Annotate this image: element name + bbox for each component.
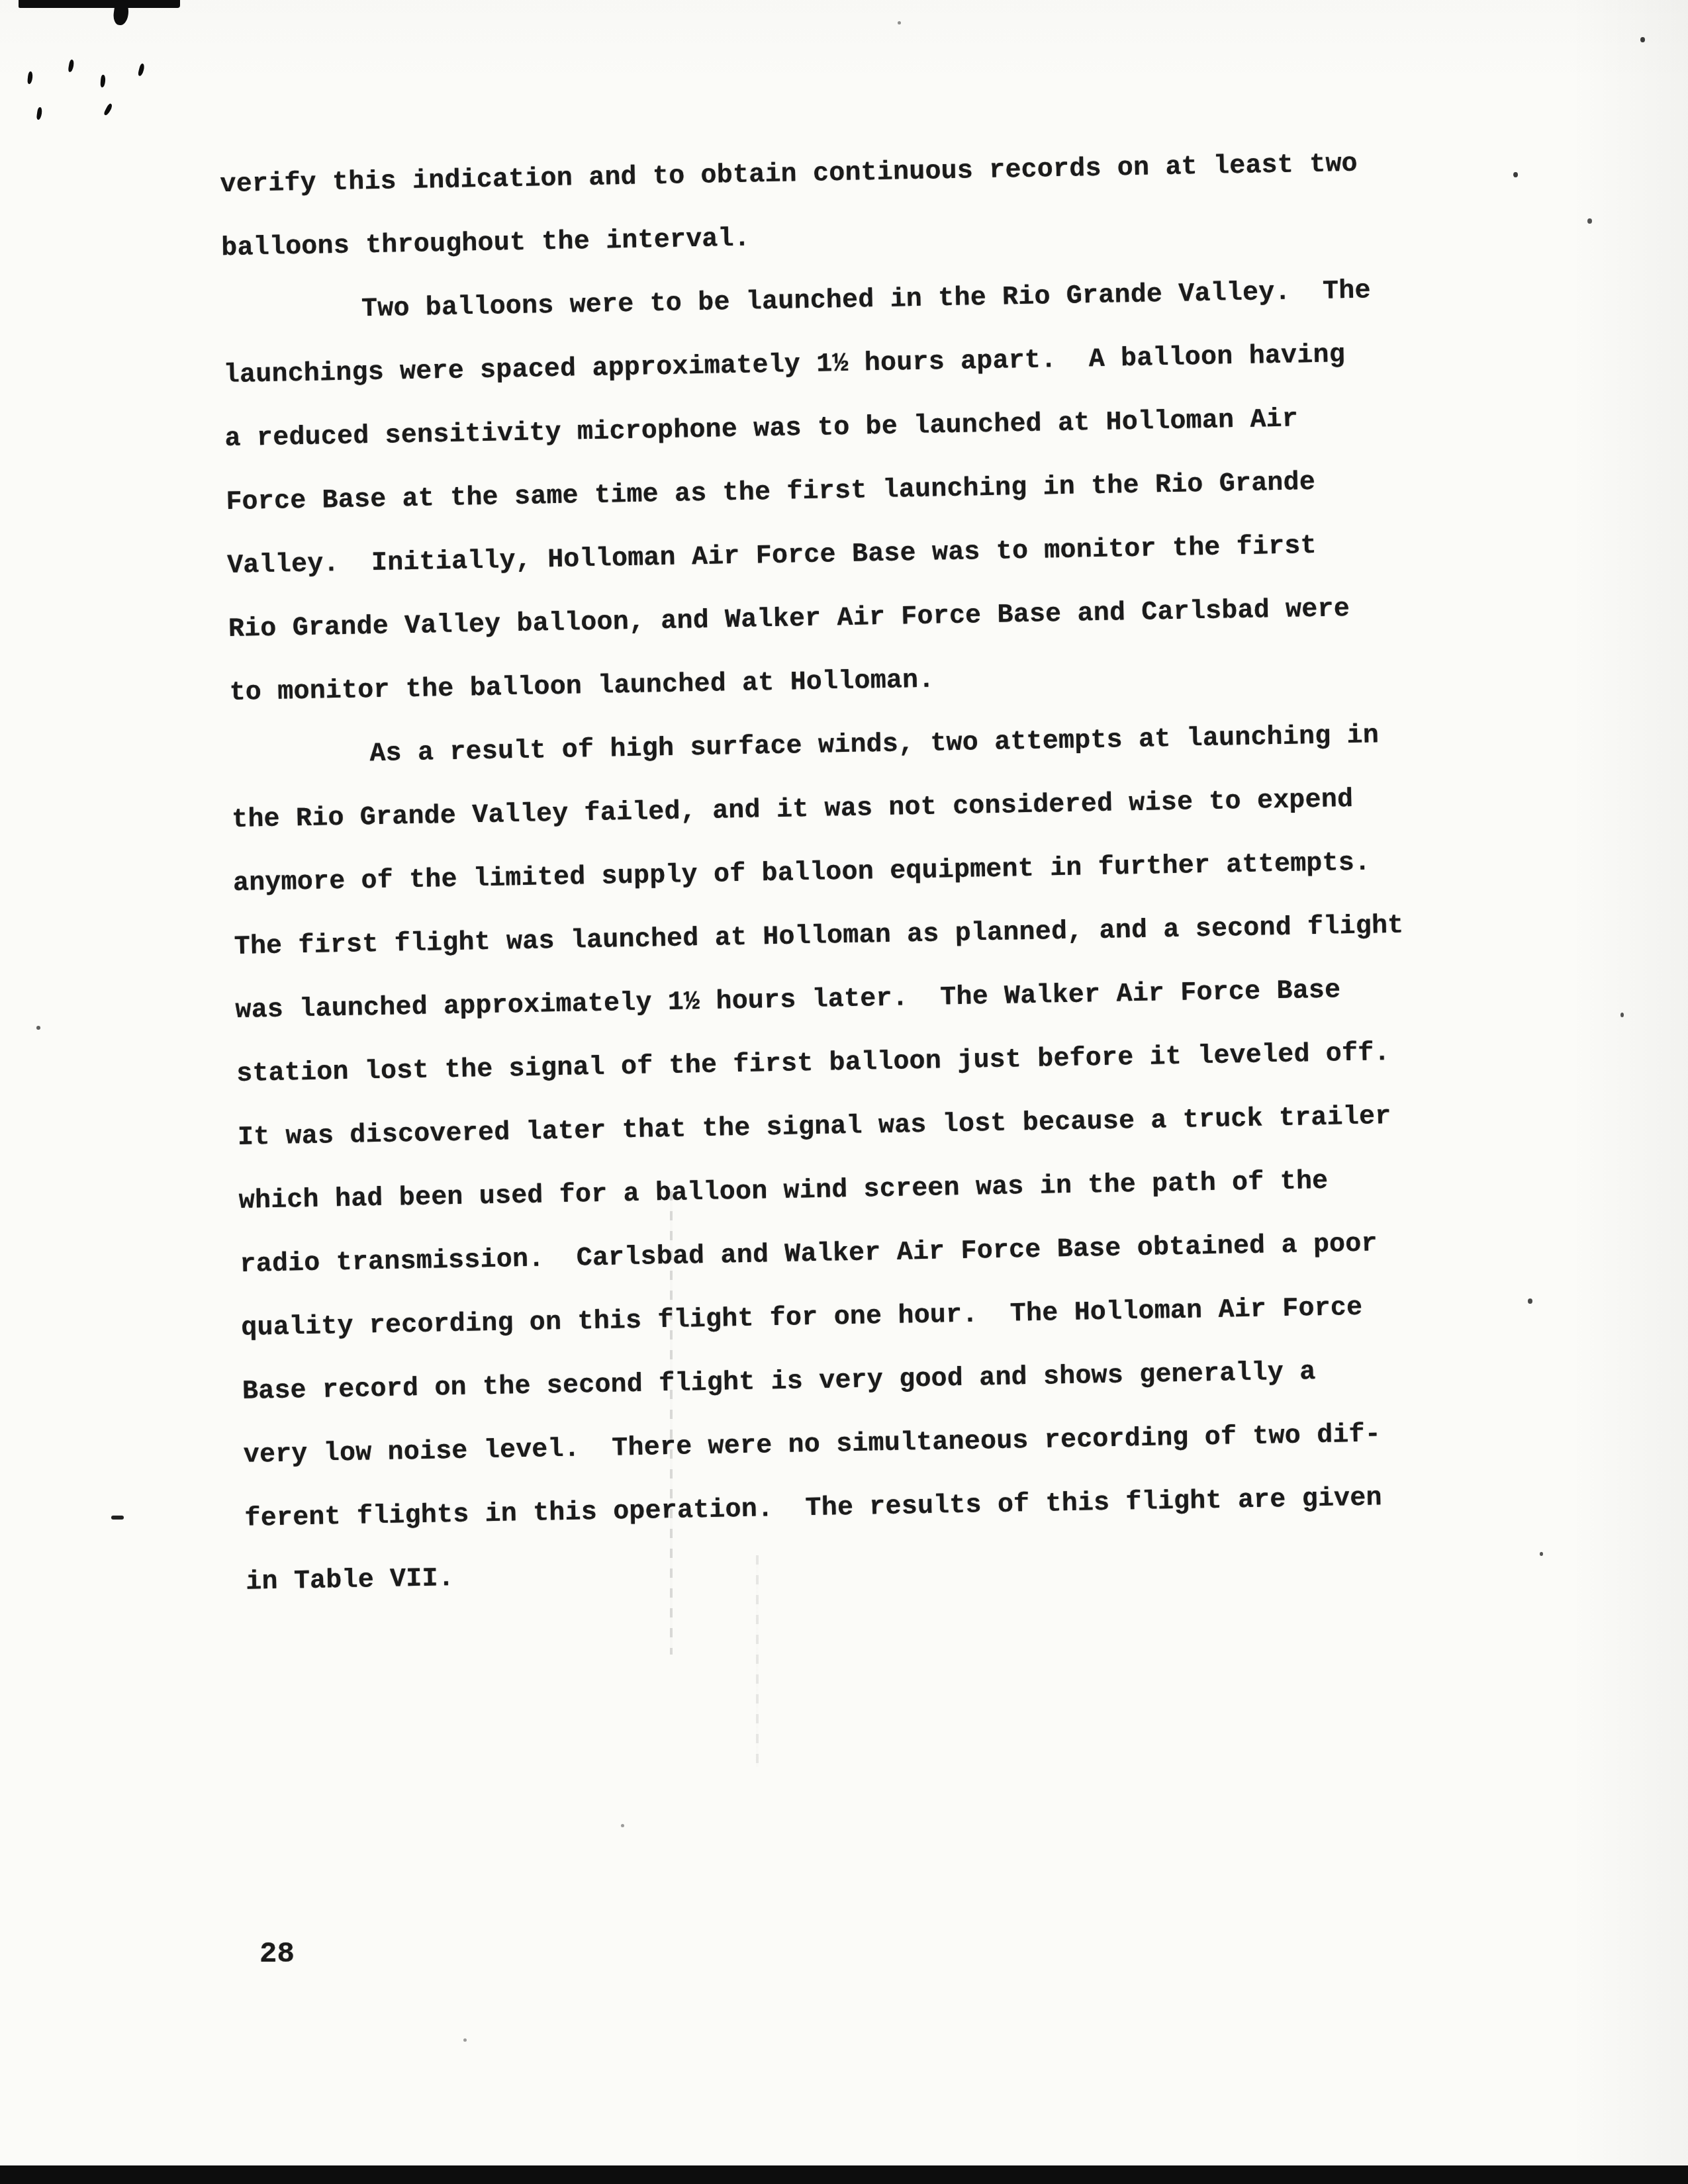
- scan-speck: [1620, 1013, 1624, 1017]
- scan-speck: [27, 71, 33, 85]
- scan-speck: [36, 1026, 40, 1030]
- document-text: verify this indication and to obtain con…: [220, 130, 1504, 1614]
- scan-speck: [1540, 1552, 1543, 1556]
- scan-speck: [1513, 172, 1518, 177]
- scan-speck: [463, 2038, 467, 2042]
- page-number: 28: [259, 1938, 295, 1971]
- scan-speck: [898, 21, 901, 24]
- scan-speck: [138, 63, 145, 76]
- scan-speck: [68, 60, 74, 73]
- scan-speck: [103, 103, 113, 116]
- scan-dash-mark: [111, 1516, 124, 1520]
- scan-speck: [621, 1824, 624, 1827]
- scan-speck: [1640, 37, 1645, 42]
- scan-speck: [36, 107, 43, 120]
- scan-speck: [1528, 1298, 1532, 1304]
- scan-edge-mark-bottom: [0, 2165, 1688, 2184]
- scan-edge-mark-top: [19, 0, 180, 8]
- scanned-document-page: verify this indication and to obtain con…: [0, 0, 1688, 2184]
- scan-speck: [1587, 218, 1592, 224]
- scan-speck: [100, 75, 105, 87]
